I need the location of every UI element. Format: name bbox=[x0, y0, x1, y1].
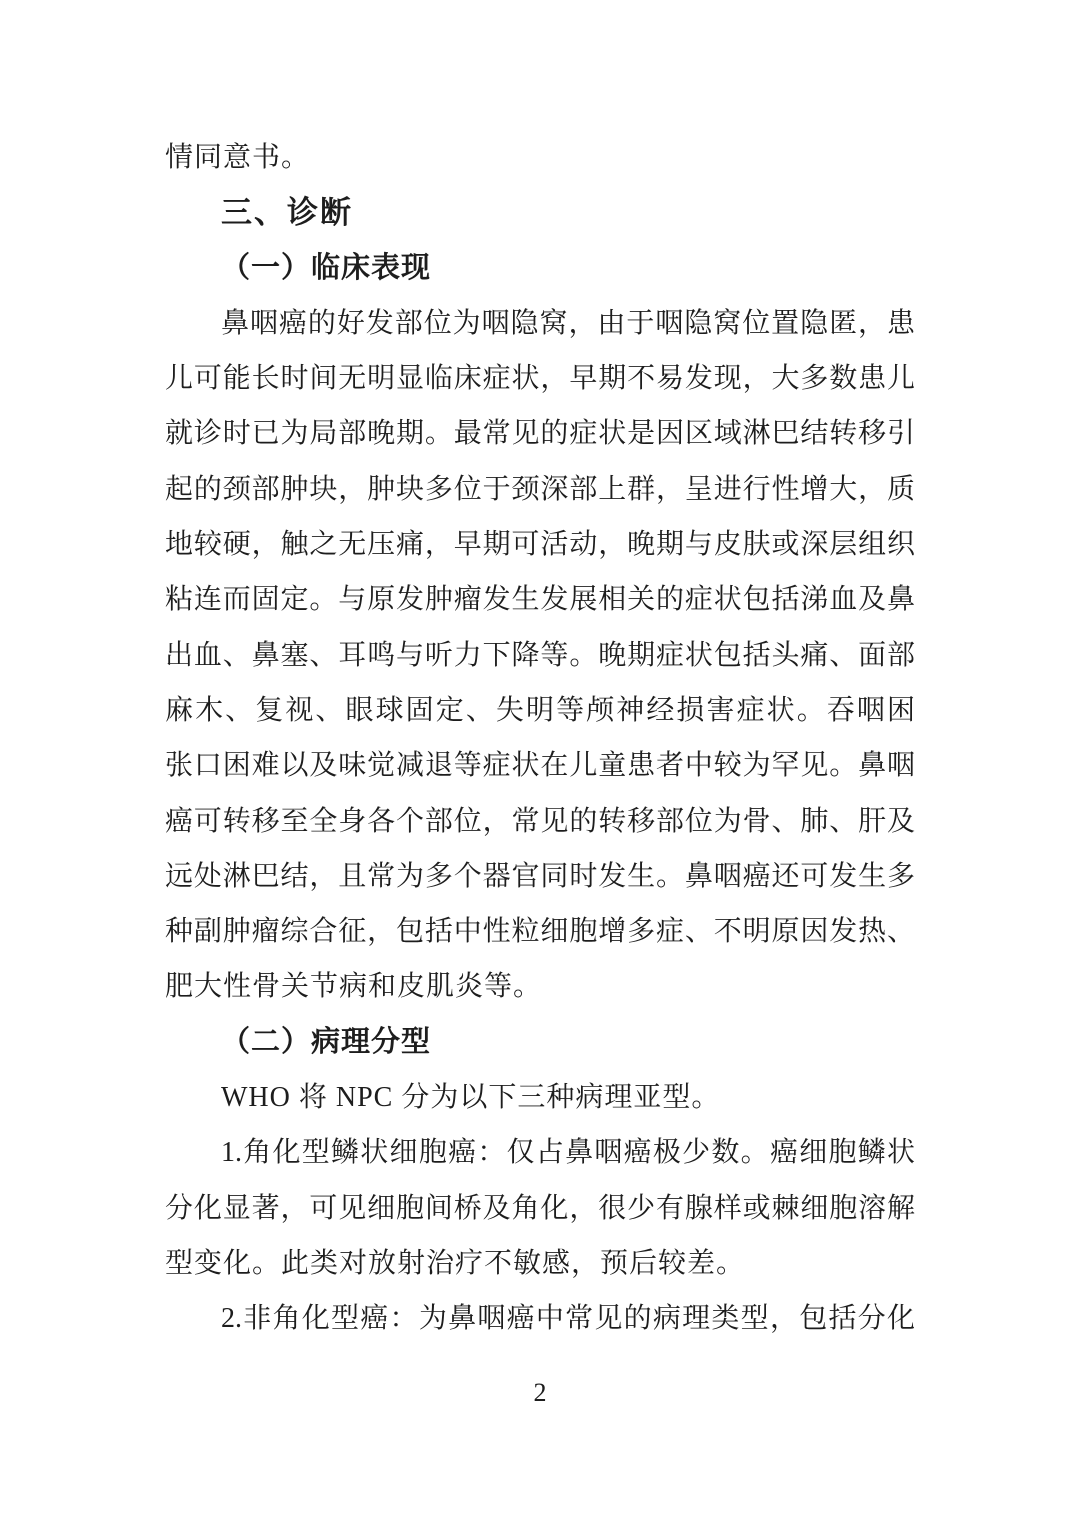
subsection-heading-pathology-types: （二）病理分型 bbox=[165, 1015, 915, 1070]
section-heading-diagnosis: 三、诊断 bbox=[165, 185, 915, 240]
document-page: 情同意书。 三、诊断 （一）临床表现 鼻咽癌的好发部位为咽隐窝，由于咽隐窝位置隐… bbox=[0, 0, 1080, 1527]
body-text-line: 型变化。此类对放射治疗不敏感，预后较差。 bbox=[165, 1236, 915, 1291]
body-text-line: 情同意书。 bbox=[165, 130, 915, 185]
body-text-line: 出血、鼻塞、耳鸣与听力下降等。晚期症状包括头痛、面部 bbox=[165, 628, 915, 683]
body-text-line: 癌可转移至全身各个部位，常见的转移部位为骨、肺、肝及 bbox=[165, 794, 915, 849]
body-text-line: 地较硬，触之无压痛，早期可活动，晚期与皮肤或深层组织 bbox=[165, 517, 915, 572]
body-text-line: 张口困难以及味觉减退等症状在儿童患者中较为罕见。鼻咽 bbox=[165, 738, 915, 793]
body-text-line: 鼻咽癌的好发部位为咽隐窝，由于咽隐窝位置隐匿，患 bbox=[165, 296, 915, 351]
body-text-line: 分化显著，可见细胞间桥及角化，很少有腺样或棘细胞溶解 bbox=[165, 1181, 915, 1236]
body-text-line: WHO 将 NPC 分为以下三种病理亚型。 bbox=[165, 1070, 915, 1125]
body-text-line: 肥大性骨关节病和皮肌炎等。 bbox=[165, 959, 915, 1014]
body-text-line: 1.角化型鳞状细胞癌：仅占鼻咽癌极少数。癌细胞鳞状 bbox=[165, 1125, 915, 1180]
body-text-line: 远处淋巴结，且常为多个器官同时发生。鼻咽癌还可发生多 bbox=[165, 849, 915, 904]
body-text-line: 粘连而固定。与原发肿瘤发生发展相关的症状包括涕血及鼻 bbox=[165, 572, 915, 627]
body-text-line: 儿可能长时间无明显临床症状，早期不易发现，大多数患儿 bbox=[165, 351, 915, 406]
body-text-line: 2.非角化型癌：为鼻咽癌中常见的病理类型，包括分化 bbox=[165, 1291, 915, 1346]
body-text-line: 种副肿瘤综合征，包括中性粒细胞增多症、不明原因发热、 bbox=[165, 904, 915, 959]
page-number: 2 bbox=[0, 1378, 1080, 1408]
body-text-line: 麻木、复视、眼球固定、失明等颅神经损害症状。吞咽困难、 bbox=[165, 683, 915, 738]
document-body: 情同意书。 三、诊断 （一）临床表现 鼻咽癌的好发部位为咽隐窝，由于咽隐窝位置隐… bbox=[165, 130, 915, 1347]
body-text-line: 起的颈部肿块，肿块多位于颈深部上群，呈进行性增大，质 bbox=[165, 462, 915, 517]
body-text-line: 就诊时已为局部晚期。最常见的症状是因区域淋巴结转移引 bbox=[165, 406, 915, 461]
subsection-heading-clinical-manifestation: （一）临床表现 bbox=[165, 241, 915, 296]
